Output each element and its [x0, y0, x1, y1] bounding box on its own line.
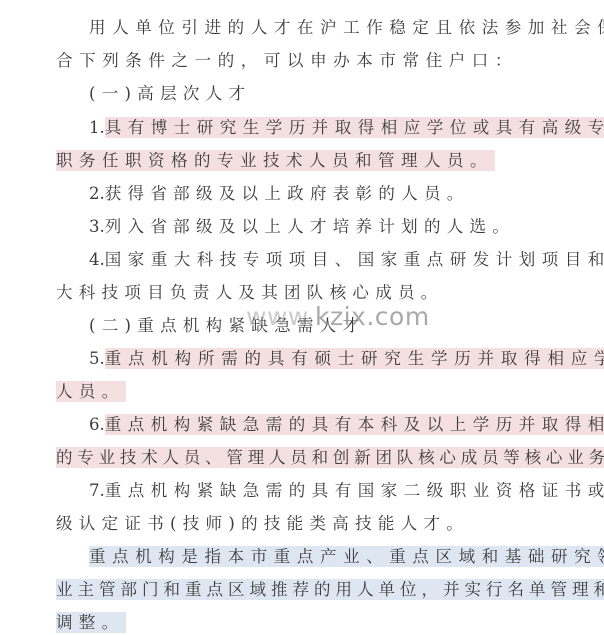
intro-line-1: 用人单位引进的人才在沪工作稳定且依法参加社会保险，符	[89, 16, 604, 40]
section2-heading-text: (二)重点机构紧缺急需人才	[89, 316, 365, 335]
note-line-3: 调整。	[56, 611, 126, 635]
item-6-line-1: 6.重点机构紧缺急需的具有本科及以上学历并取得相应学位	[89, 413, 604, 437]
item-2-text: 获得省部级及以上政府表彰的人员。	[105, 184, 470, 203]
item-3-number: 3.	[89, 217, 105, 236]
item-4-line-1: 4.国家重大科技专项项目、国家重点研发计划项目和本市重	[89, 248, 604, 272]
document-page: 用人单位引进的人才在沪工作稳定且依法参加社会保险，符 合下列条件之一的，可以申办…	[0, 0, 604, 635]
item-3: 3.列入省部级及以上人才培养计划的人选。	[89, 215, 515, 239]
item-5-number: 5.	[89, 349, 105, 368]
item-5-text-2: 人员。	[56, 381, 126, 402]
item-4-line-2: 大科技项目负责人及其团队核心成员。	[56, 281, 444, 305]
item-5-line-1: 5.重点机构所需的具有硕士研究生学历并取得相应学位的	[89, 347, 604, 371]
item-3-text: 列入省部级及以上人才培养计划的人选。	[105, 217, 515, 236]
note-line-2: 业主管部门和重点区域推荐的用人单位，并实行名单管理和动态	[56, 578, 604, 602]
item-6-text-2: 的专业技术人员、管理人员和创新团队核心成员等核心业务骨干。	[56, 447, 604, 468]
note-text-3: 调整。	[56, 612, 126, 633]
item-6-number: 6.	[89, 415, 105, 434]
item-7-number: 7.	[89, 481, 105, 500]
item-1-number: 1.	[89, 118, 105, 137]
item-5-line-2: 人员。	[56, 380, 126, 404]
item-4-text-2: 大科技项目负责人及其团队核心成员。	[56, 283, 444, 302]
item-4-number: 4.	[89, 250, 105, 269]
item-6-text-1: 重点机构紧缺急需的具有本科及以上学历并取得相应学位	[105, 414, 604, 435]
section-heading-high-level-talent: (一)高层次人才	[89, 82, 251, 106]
intro-text-2: 合下列条件之一的，可以申办本市常住户口：	[56, 51, 518, 70]
intro-line-2: 合下列条件之一的，可以申办本市常住户口：	[56, 49, 518, 73]
item-1-text-2: 职务任职资格的专业技术人员和管理人员。	[56, 150, 495, 171]
item-7-text-2: 级认定证书(技师)的技能类高技能人才。	[56, 514, 469, 533]
note-line-1: 重点机构是指本市重点产业、重点区域和基础研究领域经行	[89, 545, 604, 569]
item-2-number: 2.	[89, 184, 105, 203]
intro-text-1: 用人单位引进的人才在沪工作稳定且依法参加社会保险，符	[89, 18, 604, 37]
item-2: 2.获得省部级及以上政府表彰的人员。	[89, 182, 470, 206]
item-4-text-1: 国家重大科技专项项目、国家重点研发计划项目和本市重	[105, 250, 604, 269]
item-7-line-1: 7.重点机构紧缺急需的具有国家二级职业资格证书或技能等	[89, 479, 604, 503]
item-1-line-1: 1.具有博士研究生学历并取得相应学位或具有高级专业技术	[89, 116, 604, 140]
item-1-text-1: 具有博士研究生学历并取得相应学位或具有高级专业技术	[105, 117, 604, 138]
note-text-2: 业主管部门和重点区域推荐的用人单位，并实行名单管理和动态	[56, 579, 604, 600]
item-1-line-2: 职务任职资格的专业技术人员和管理人员。	[56, 149, 495, 173]
item-5-text-1: 重点机构所需的具有硕士研究生学历并取得相应学位的	[105, 348, 604, 369]
item-6-line-2: 的专业技术人员、管理人员和创新团队核心成员等核心业务骨干。	[56, 446, 604, 470]
section1-heading-text: (一)高层次人才	[89, 84, 251, 103]
section-heading-key-institutions: (二)重点机构紧缺急需人才	[89, 314, 365, 338]
item-7-line-2: 级认定证书(技师)的技能类高技能人才。	[56, 512, 469, 536]
item-7-text-1: 重点机构紧缺急需的具有国家二级职业资格证书或技能等	[105, 481, 604, 500]
note-text-1: 重点机构是指本市重点产业、重点区域和基础研究领域经行	[89, 546, 604, 567]
